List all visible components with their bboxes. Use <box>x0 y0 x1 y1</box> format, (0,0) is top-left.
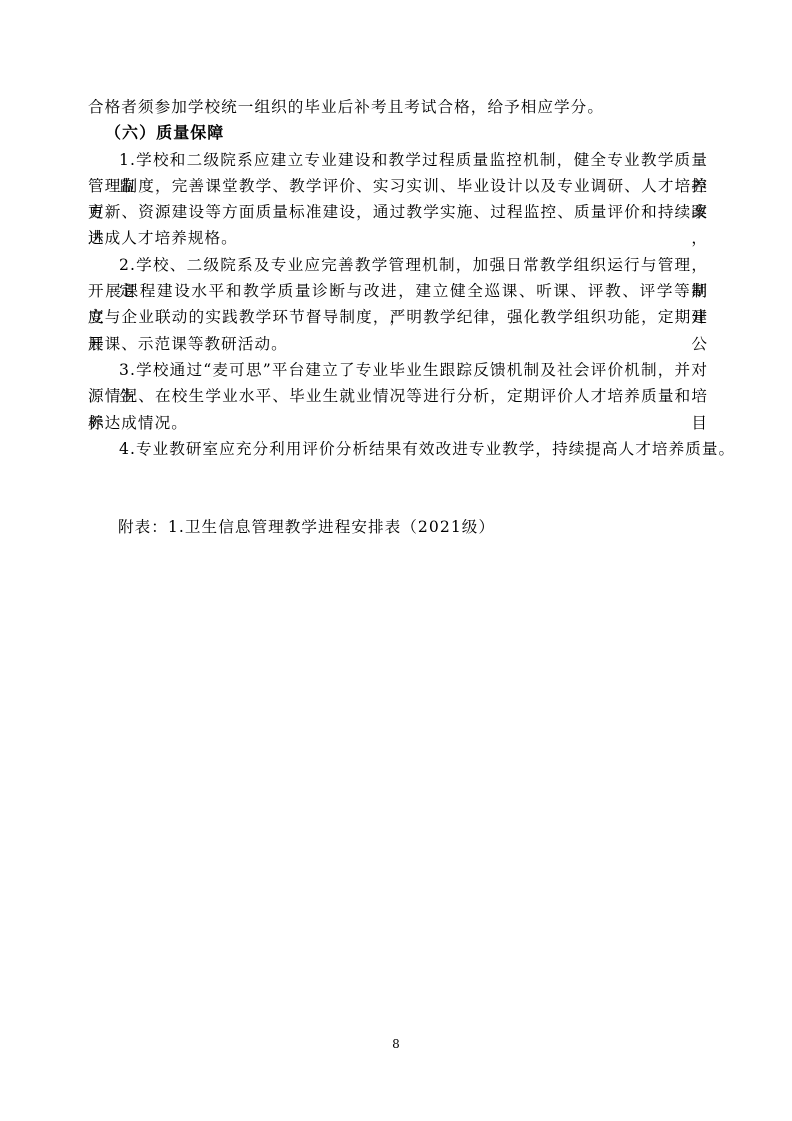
spacer <box>88 462 708 488</box>
continuation-text: 合格者须参加学校统一组织的毕业后补考且考试合格，给予相应学分。 <box>88 94 708 120</box>
paragraph-line: 更新、资源建设等方面质量标准建设，通过教学实施、过程监控、质量评价和持续改进， <box>88 199 708 225</box>
paragraph-4: 4.专业教研室应充分利用评价分析结果有效改进专业教学，持续提高人才培养质量。 <box>88 436 708 462</box>
paragraph-line: 管理制度，完善课堂教学、教学评价、实习实训、毕业设计以及专业调研、人才培养方案 <box>88 173 708 199</box>
paragraph-line: 1.学校和二级院系应建立专业建设和教学过程质量监控机制，健全专业教学质量监控 <box>88 147 708 173</box>
section-heading: （六）质量保障 <box>88 120 708 146</box>
paragraph-line: 源情况、在校生学业水平、毕业生就业情况等进行分析，定期评价人才培养质量和培养目 <box>88 383 708 409</box>
paragraph-line: 3.学校通过“麦可思”平台建立了专业毕业生跟踪反馈机制及社会评价机制，并对生 <box>88 357 708 383</box>
paragraph-line: 2.学校、二级院系及专业应完善教学管理机制，加强日常教学组织运行与管理，定期 <box>88 252 708 278</box>
document-body: 合格者须参加学校统一组织的毕业后补考且考试合格，给予相应学分。 （六）质量保障 … <box>88 94 708 540</box>
appendix-reference: 附表：1.卫生信息管理教学进程安排表（2021级） <box>88 514 708 540</box>
paragraph-2: 2.学校、二级院系及专业应完善教学管理机制，加强日常教学组织运行与管理，定期 开… <box>88 252 708 357</box>
paragraph-line: 开展课程建设水平和教学质量诊断与改进，建立健全巡课、听课、评教、评学等制度，建 <box>88 278 708 304</box>
paragraph-1: 1.学校和二级院系应建立专业建设和教学过程质量监控机制，健全专业教学质量监控 管… <box>88 147 708 252</box>
page-number: 8 <box>0 1037 792 1051</box>
paragraph-3: 3.学校通过“麦可思”平台建立了专业毕业生跟踪反馈机制及社会评价机制，并对生 源… <box>88 357 708 436</box>
paragraph-line: 立与企业联动的实践教学环节督导制度，严明教学纪律，强化教学组织功能，定期开展公 <box>88 304 708 330</box>
paragraph-line: 4.专业教研室应充分利用评价分析结果有效改进专业教学，持续提高人才培养质量。 <box>88 436 708 462</box>
